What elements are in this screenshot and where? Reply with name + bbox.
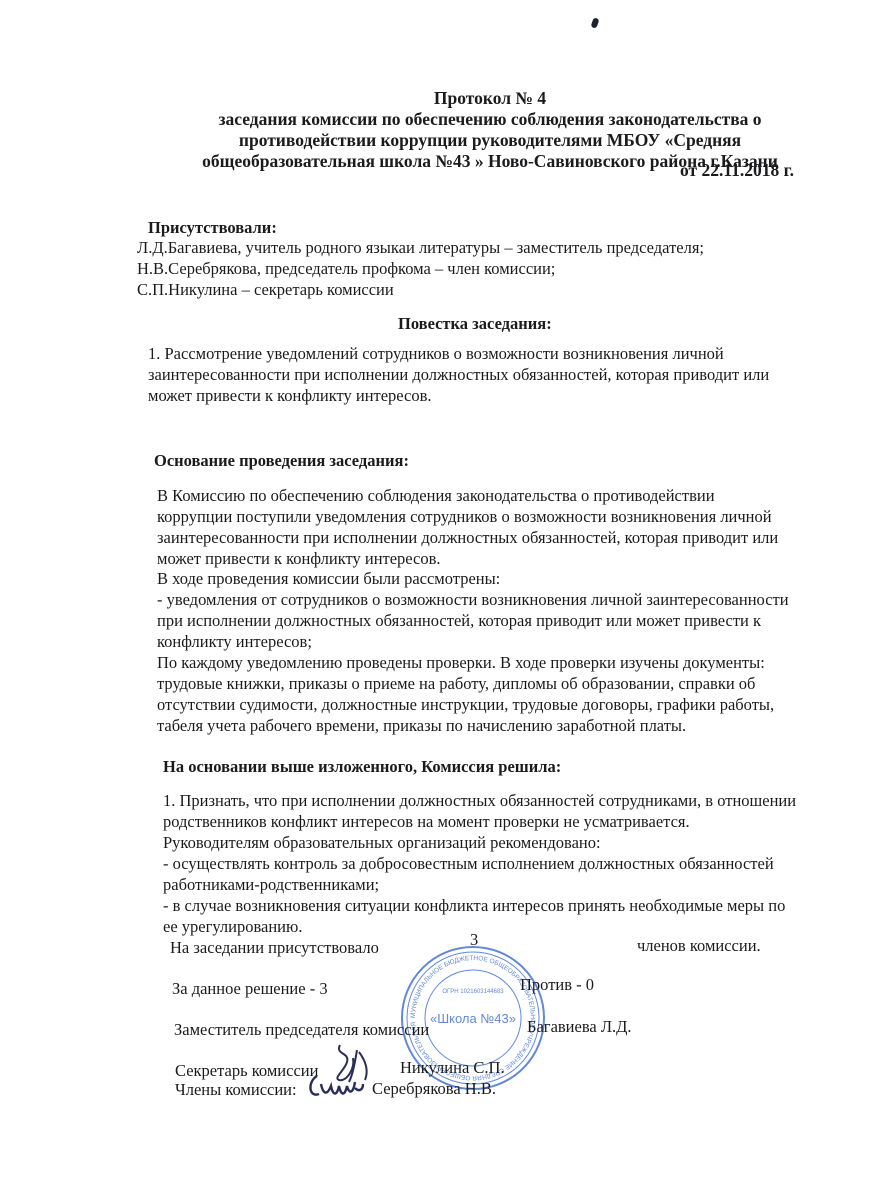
- agenda-heading: Повестка заседания:: [398, 314, 552, 334]
- decision-line: родственников конфликт интересов на моме…: [163, 812, 690, 832]
- document-date: от 22.11.2018 г.: [680, 160, 794, 181]
- basis-line: - уведомления от сотрудников о возможнос…: [157, 590, 789, 610]
- document-subtitle-line: заседания комиссии по обеспечению соблюд…: [180, 109, 800, 130]
- secretary-name: Никулина С.П.: [400, 1058, 505, 1078]
- scan-ink-mark: [590, 17, 599, 28]
- votes-for: За данное решение - 3: [172, 979, 328, 999]
- basis-line: коррупции поступили уведомления сотрудни…: [157, 507, 772, 527]
- stamp-center-text: «Школа №43»: [430, 1011, 516, 1026]
- present-label: На заседании присутствовало: [170, 938, 379, 958]
- basis-line: может привести к конфликту интересов.: [157, 549, 441, 569]
- members-name: Серебрякова Н.В.: [372, 1079, 496, 1099]
- agenda-line: 1. Рассмотрение уведомлений сотрудников …: [148, 344, 724, 364]
- basis-line: По каждому уведомлению проведены проверк…: [157, 653, 765, 673]
- decision-heading: На основании выше изложенного, Комиссия …: [163, 757, 561, 777]
- basis-line: заинтересованности при исполнении должно…: [157, 528, 778, 548]
- present-count: 3: [470, 930, 478, 950]
- basis-line: В ходе проведения комиссии были рассмотр…: [157, 569, 500, 589]
- decision-line: ее урегулированию.: [163, 917, 302, 937]
- attendees-heading: Присутствовали:: [148, 218, 277, 238]
- attendee-line: Н.В.Серебрякова, председатель профкома –…: [137, 259, 555, 279]
- document-subtitle-line: противодействии коррупции руководителями…: [180, 130, 800, 151]
- members-label: Члены комиссии:: [175, 1080, 297, 1100]
- basis-line: трудовые книжки, приказы о приеме на раб…: [157, 674, 755, 694]
- basis-line: табеля учета рабочего времени, приказы п…: [157, 716, 686, 736]
- stamp-ogrn: ОГРН 1021603144683: [442, 989, 504, 995]
- agenda-line: заинтересованности при исполнении должно…: [148, 365, 769, 385]
- basis-heading: Основание проведения заседания:: [154, 451, 409, 471]
- agenda-line: может привести к конфликту интересов.: [148, 386, 432, 406]
- decision-line: Руководителям образовательных организаци…: [163, 833, 601, 853]
- deputy-chair-label: Заместитель председателя комиссии: [174, 1020, 429, 1040]
- decision-line: 1. Признать, что при исполнении должност…: [163, 791, 796, 811]
- member-signature: [305, 1070, 367, 1104]
- attendee-line: Л.Д.Багавиева, учитель родного языкаи ли…: [137, 238, 704, 258]
- basis-line: при исполнении должностных обязанностей,…: [157, 611, 761, 631]
- present-suffix: членов комиссии.: [637, 936, 761, 956]
- attendee-line: С.П.Никулина – секретарь комиссии: [137, 280, 394, 300]
- decision-line: работниками-родственниками;: [163, 875, 379, 895]
- votes-against: Против - 0: [520, 975, 594, 995]
- secretary-label: Секретарь комиссии: [175, 1061, 318, 1081]
- decision-line: - осуществлять контроль за добросовестны…: [163, 854, 774, 874]
- basis-line: отсутствии судимости, должностные инстру…: [157, 695, 774, 715]
- deputy-chair-name: Багавиева Л.Д.: [527, 1017, 632, 1037]
- decision-line: - в случае возникновения ситуации конфли…: [163, 896, 785, 916]
- document-title: Протокол № 4: [180, 88, 800, 109]
- basis-line: конфликту интересов;: [157, 632, 312, 652]
- basis-line: В Комиссию по обеспечению соблюдения зак…: [157, 486, 715, 506]
